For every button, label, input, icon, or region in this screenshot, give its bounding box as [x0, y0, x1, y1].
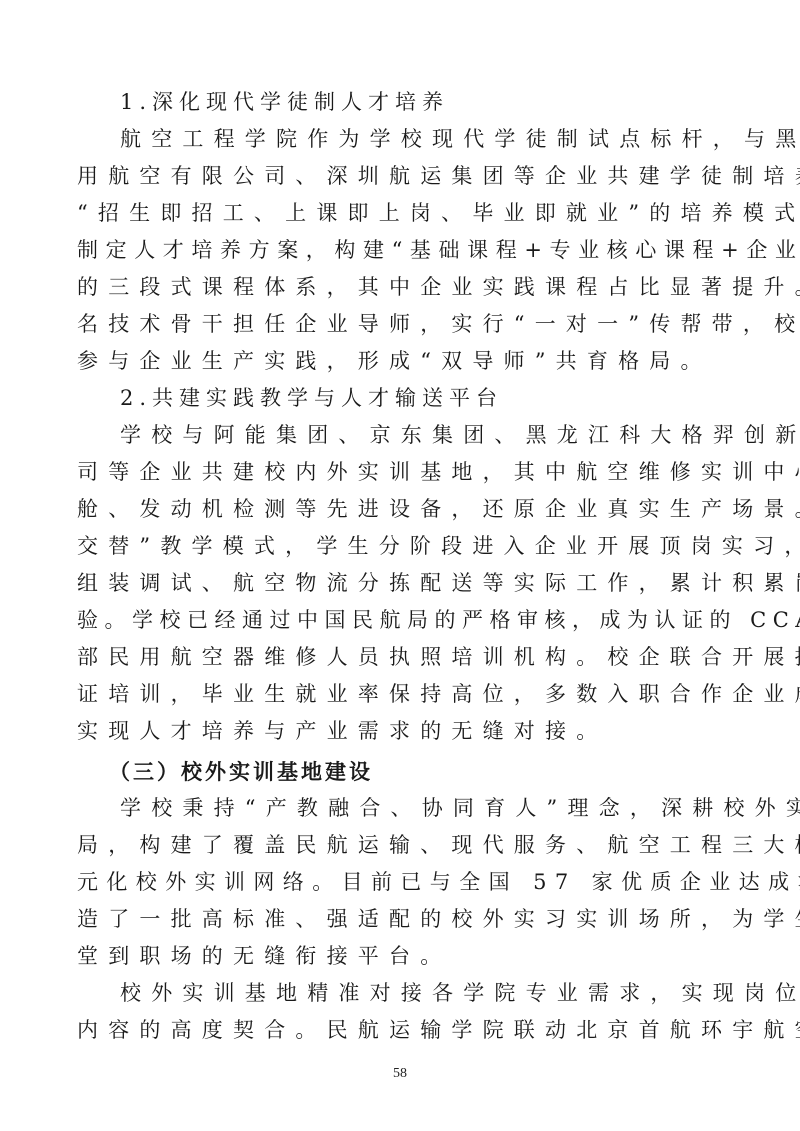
- paragraph-line: 用航空有限公司、深圳航运集团等企业共建学徒制培养班，推行: [77, 158, 725, 195]
- paragraph-line: 局，构建了覆盖民航运输、现代服务、航空工程三大核心领域的多: [77, 827, 725, 864]
- paragraph-line: 实现人才培养与产业需求的无缝对接。: [77, 713, 725, 750]
- subheading-apprenticeship: 1.深化现代学徒制人才培养: [77, 84, 725, 121]
- paragraph-line: 学校秉持“产教融合、协同育人”理念，深耕校外实训基地布: [77, 790, 725, 827]
- section-heading-offcampus-bases: （三）校外实训基地建设: [77, 750, 725, 790]
- paragraph-offcampus-alignment: 校外实训基地精准对接各学院专业需求，实现岗位场景与教学 内容的高度契合。民航运输…: [77, 975, 725, 1049]
- paragraph-offcampus-overview: 学校秉持“产教融合、协同育人”理念，深耕校外实训基地布 局，构建了覆盖民航运输、…: [77, 790, 725, 975]
- paragraph-line: 造了一批高标准、强适配的校外实习实训场所，为学生搭建了从课: [77, 901, 725, 938]
- page-number: 58: [0, 1066, 800, 1082]
- paragraph-line: 组装调试、航空物流分拣配送等实际工作，累计积累岗位实战经: [77, 565, 725, 602]
- paragraph-practice-platform: 学校与阿能集团、京东集团、黑龙江科大格羿创新科技有限公 司等企业共建校内外实训基…: [77, 417, 725, 750]
- paragraph-line: 部民用航空器维修人员执照培训机构。校企联合开展技能竞赛与认: [77, 639, 725, 676]
- paragraph-line: 内容的高度契合。民航运输学院联动北京首航环宇航空地面服务有: [77, 1012, 725, 1049]
- subheading-practice-platform: 2.共建实践教学与人才输送平台: [77, 380, 725, 417]
- paragraph-line: 验。学校已经通过中国民航局的严格审核，成为认证的 CCAR-147: [77, 602, 725, 639]
- paragraph-line: “招生即招工、上课即上岗、毕业即就业”的培养模式。校企共同: [77, 195, 725, 232]
- document-page: 1.深化现代学徒制人才培养 航空工程学院作为学校现代学徒制试点标杆，与黑龙江凯达…: [0, 0, 800, 1131]
- document-body: 1.深化现代学徒制人才培养 航空工程学院作为学校现代学徒制试点标杆，与黑龙江凯达…: [77, 84, 725, 1049]
- paragraph-line: 制定人才培养方案，构建“基础课程+专业核心课程+企业实操课程”: [77, 232, 725, 269]
- paragraph-line: 舱、发动机检测等先进设备，还原企业真实生产场景。推行“工学: [77, 491, 725, 528]
- paragraph-line: 元化校外实训网络。目前已与全国 57 家优质企业达成深度合作，打: [77, 864, 725, 901]
- paragraph-line: 证培训，毕业生就业率保持高位，多数入职合作企业成为技术骨干: [77, 676, 725, 713]
- paragraph-line: 司等企业共建校内外实训基地，其中航空维修实训中心配备模拟机: [77, 454, 725, 491]
- paragraph-line: 的三段式课程体系，其中企业实践课程占比显著提升。企业选派多: [77, 269, 725, 306]
- paragraph-line: 参与企业生产实践，形成“双导师”共育格局。: [77, 343, 725, 380]
- paragraph-line: 学校与阿能集团、京东集团、黑龙江科大格羿创新科技有限公: [77, 417, 725, 454]
- paragraph-line: 堂到职场的无缝衔接平台。: [77, 938, 725, 975]
- paragraph-apprenticeship: 航空工程学院作为学校现代学徒制试点标杆，与黑龙江凯达通 用航空有限公司、深圳航运…: [77, 121, 725, 380]
- paragraph-line: 航空工程学院作为学校现代学徒制试点标杆，与黑龙江凯达通: [77, 121, 725, 158]
- paragraph-line: 校外实训基地精准对接各学院专业需求，实现岗位场景与教学: [77, 975, 725, 1012]
- paragraph-line: 名技术骨干担任企业导师，实行“一对一”传帮带，校内教师同步: [77, 306, 725, 343]
- paragraph-line: 交替”教学模式，学生分阶段进入企业开展顶岗实习，参与航空器: [77, 528, 725, 565]
